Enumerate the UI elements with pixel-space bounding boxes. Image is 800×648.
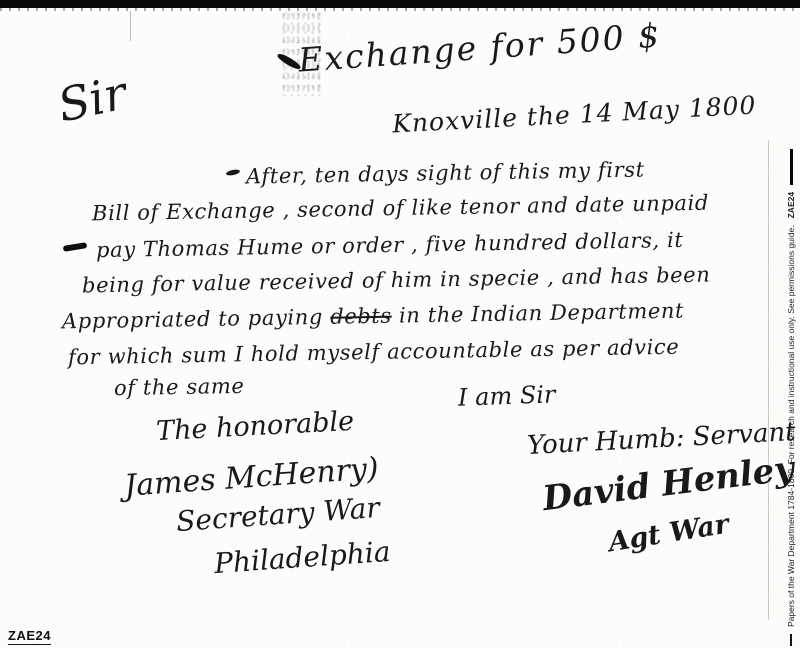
sidebar-rule-long [790, 149, 793, 185]
body-line: being for value received of him in speci… [82, 263, 711, 298]
body-line: of the same [114, 374, 245, 400]
closing-line-1: I am Sir [458, 380, 556, 411]
scan-edge-bar [0, 0, 800, 8]
archive-corner-label: ZAE24 [8, 628, 51, 645]
addressee-honorific: The honorable [155, 406, 355, 447]
scan-tick-line [130, 11, 131, 41]
place-date-line: Knoxville the 14 May 1800 [391, 90, 757, 138]
salutation: Sir [53, 65, 131, 132]
sidebar-reel-label: ZAE24 [786, 192, 796, 218]
body-line: pay Thomas Hume or order , five hundred … [96, 228, 684, 262]
exchange-heading: Exchange for 500 $ [297, 15, 662, 79]
body-line-pre: Appropriated to paying [62, 305, 331, 334]
margin-dash [63, 242, 88, 252]
body-line: for which sum I hold myself accountable … [68, 335, 680, 370]
body-line-post: in the Indian Department [392, 299, 685, 328]
sidebar-credit-text: Papers of the War Department 1784-1800. … [786, 225, 796, 627]
body-line: After, ten days sight of this my first [246, 158, 645, 189]
struck-word: debts [330, 304, 392, 329]
addressee-city: Philadelphia [213, 535, 391, 580]
signature: David Henley [541, 449, 797, 519]
scan-fold-line [768, 140, 769, 620]
body-line: Bill of Exchange , second of like tenor … [92, 191, 709, 226]
scan-edge-fray [0, 8, 800, 11]
scanned-letter-page: { "letter": { "heading": "Exchange for 5… [0, 0, 800, 648]
sidebar-rule-short [790, 634, 792, 646]
body-line: Appropriated to paying debts in the Indi… [62, 299, 684, 334]
signature-title: Agt War [606, 509, 731, 559]
archive-sidebar: Papers of the War Department 1784-1800. … [784, 188, 798, 646]
ink-blot [226, 169, 241, 177]
